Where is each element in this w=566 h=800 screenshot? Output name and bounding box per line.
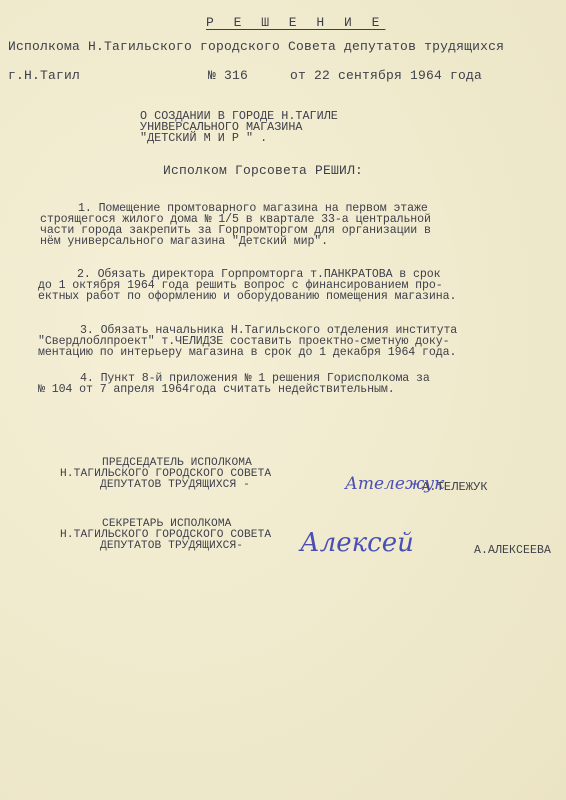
paragraph-line: № 104 от 7 апреля 1964года считать недей… — [38, 384, 395, 396]
subject-line: "ДЕТСКИЙ М И Р " . — [140, 133, 267, 144]
handwritten-signature: Алексей — [300, 528, 414, 558]
signatory-name: А.АЛЕКСЕЕВА — [474, 545, 551, 556]
document-title: Р Е Ш Е Н И Е — [206, 15, 385, 30]
paragraph-line: ментацию по интерьеру магазина в срок до… — [38, 347, 456, 359]
decision-date: от 22 сентября 1964 года — [290, 69, 482, 83]
signatory-name: А.ТЕЛЕЖУК — [422, 482, 488, 493]
issuer-line: Исполкома Н.Тагильского городского Совет… — [8, 40, 504, 54]
paragraph-line: ектных работ по оформлению и оборудовани… — [38, 291, 456, 303]
place: г.Н.Тагил — [8, 69, 80, 83]
signatory-position: ДЕПУТАТОВ ТРУДЯЩИХСЯ - — [100, 480, 250, 491]
signatory-position: ДЕПУТАТОВ ТРУДЯЩИХСЯ- — [100, 541, 243, 552]
decided-heading: Исполком Горсовета РЕШИЛ: — [163, 164, 363, 178]
paragraph-line: нём универсального магазина "Детский мир… — [40, 236, 328, 248]
decision-number: № 316 — [208, 69, 248, 83]
